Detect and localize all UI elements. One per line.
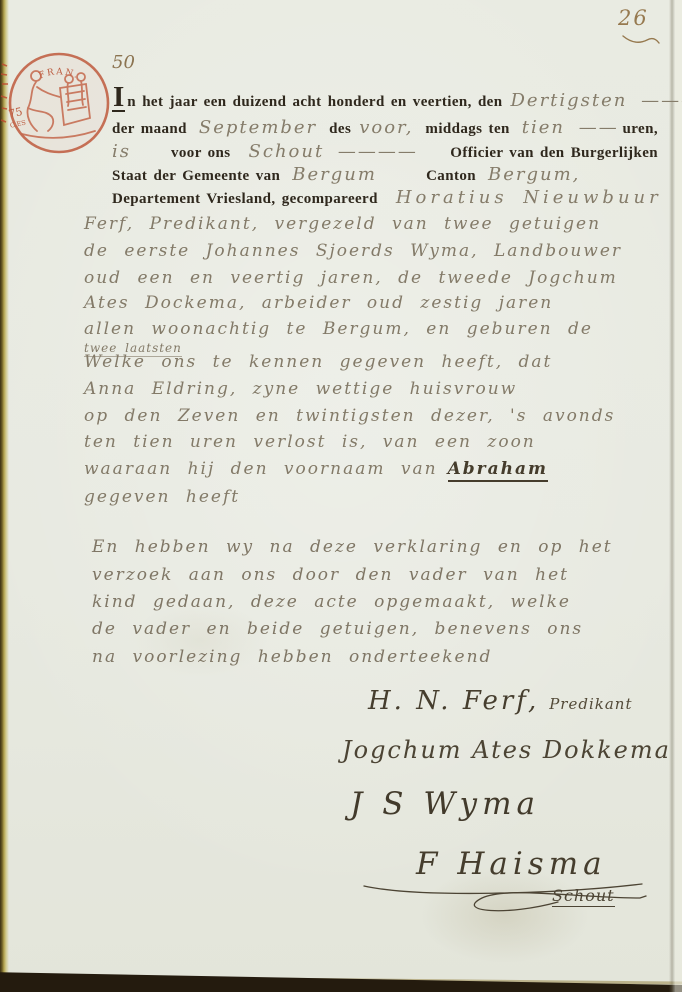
printed-text: Officier van den Burgerlijken: [450, 145, 658, 162]
page-number-flourish-icon: [622, 32, 662, 51]
printed-text: des: [329, 121, 351, 138]
document-page: FRAN. 75 C.ES: [0, 0, 682, 992]
body-line: na voorlezing hebben onderteekend: [92, 647, 664, 667]
printed-text: Departement Vriesland, gecompareerd: [112, 191, 378, 208]
printed-text: Canton: [426, 168, 476, 185]
body-line: Welke ons te kennen gegeven heeft, dat: [84, 352, 656, 372]
body-line: de eerste Johannes Sjoerds Wyma, Landbou…: [84, 241, 656, 261]
body-line: oud een en veertig jaren, de tweede Jogc…: [84, 268, 656, 288]
handwritten-canton: Bergum,: [488, 164, 658, 185]
printed-text: Staat der Gemeente van: [112, 168, 280, 185]
body-line: de vader en beide getuigen, benevens ons: [92, 619, 664, 639]
signature-dokkema: Jogchum Ates Dokkema: [342, 736, 671, 764]
stamp-drawing-icon: FRAN. 75 C.ES: [2, 46, 114, 158]
body-line: verzoek aan ons door den vader van het: [92, 565, 664, 585]
form-line-2: der maand September des voor, middags te…: [112, 117, 658, 138]
handwritten-declarant: Horatius Nieuwbuur: [396, 187, 658, 208]
body-line: kind gedaan, deze acte opgemaakt, welke: [92, 592, 664, 612]
signature-name: H. N. Ferf,: [368, 686, 539, 716]
form-line-1: In het jaar een duizend acht honderd en …: [112, 86, 658, 112]
body-line: allen woonachtig te Bergum, en geburen d…: [84, 319, 656, 339]
handwritten-is: is: [112, 141, 131, 162]
edge-stamp-fragment-drawing: [0, 58, 9, 154]
handwritten-hour: tien ——: [522, 117, 623, 138]
act-number: 50: [112, 52, 135, 73]
body-line: gegeven heeft: [84, 487, 656, 507]
handwritten-month: September: [199, 117, 317, 138]
body-line: Anna Eldring, zyne wettige huisvrouw: [84, 379, 656, 399]
printed-text: uren,: [623, 121, 658, 138]
name-line-prefix: waaraan hij den voornaam van: [84, 459, 438, 479]
handwritten-day: Dertigsten ———: [510, 90, 658, 111]
form-line-3: is voor ons Schout ———— Officier van den…: [112, 141, 658, 162]
form-line-4: Staat der Gemeente van Bergum Canton Ber…: [112, 164, 658, 185]
handwritten-voor: voor,: [359, 117, 413, 138]
signature-wyma: J S Wyma: [350, 786, 540, 822]
body-line: ten tien uren verlost is, van een zoon: [84, 432, 656, 452]
child-name: Abraham: [448, 459, 548, 482]
edge-stamp-fragment-icon: [0, 58, 9, 154]
printed-text: middags ten: [425, 121, 509, 138]
body-line: Ferf, Predikant, vergezeld van twee getu…: [84, 214, 656, 234]
handwritten-title: Schout ————: [249, 141, 451, 162]
form-line-5: Departement Vriesland, gecompareerd Hora…: [112, 187, 658, 208]
printed-text: n het jaar een duizend acht honderd en v…: [127, 94, 502, 111]
signature-schout-title: Schout: [552, 886, 615, 907]
signature-ferf: H. N. Ferf,Predikant: [368, 686, 632, 716]
handwritten-gemeente: Bergum: [292, 164, 426, 185]
printed-text: voor ons: [171, 145, 231, 162]
body-line: En hebben wy na deze verklaring en op he…: [92, 537, 664, 557]
printed-text: der maand: [112, 121, 187, 138]
signature-title: Predikant: [549, 695, 632, 713]
body-line: Ates Dockema, arbeider oud zestig jaren: [84, 293, 656, 313]
page-number: 26: [618, 6, 649, 30]
revenue-stamp-icon: FRAN. 75 C.ES: [2, 46, 114, 158]
dropcap-initial: I: [112, 86, 125, 112]
body-line: op den Zeven en twintigsten dezer, 's av…: [84, 406, 656, 426]
right-page-edge: [675, 0, 682, 992]
right-edge-crease: [669, 0, 675, 992]
body-line-child-name: waaraan hij den voornaam vanAbraham: [84, 459, 656, 479]
